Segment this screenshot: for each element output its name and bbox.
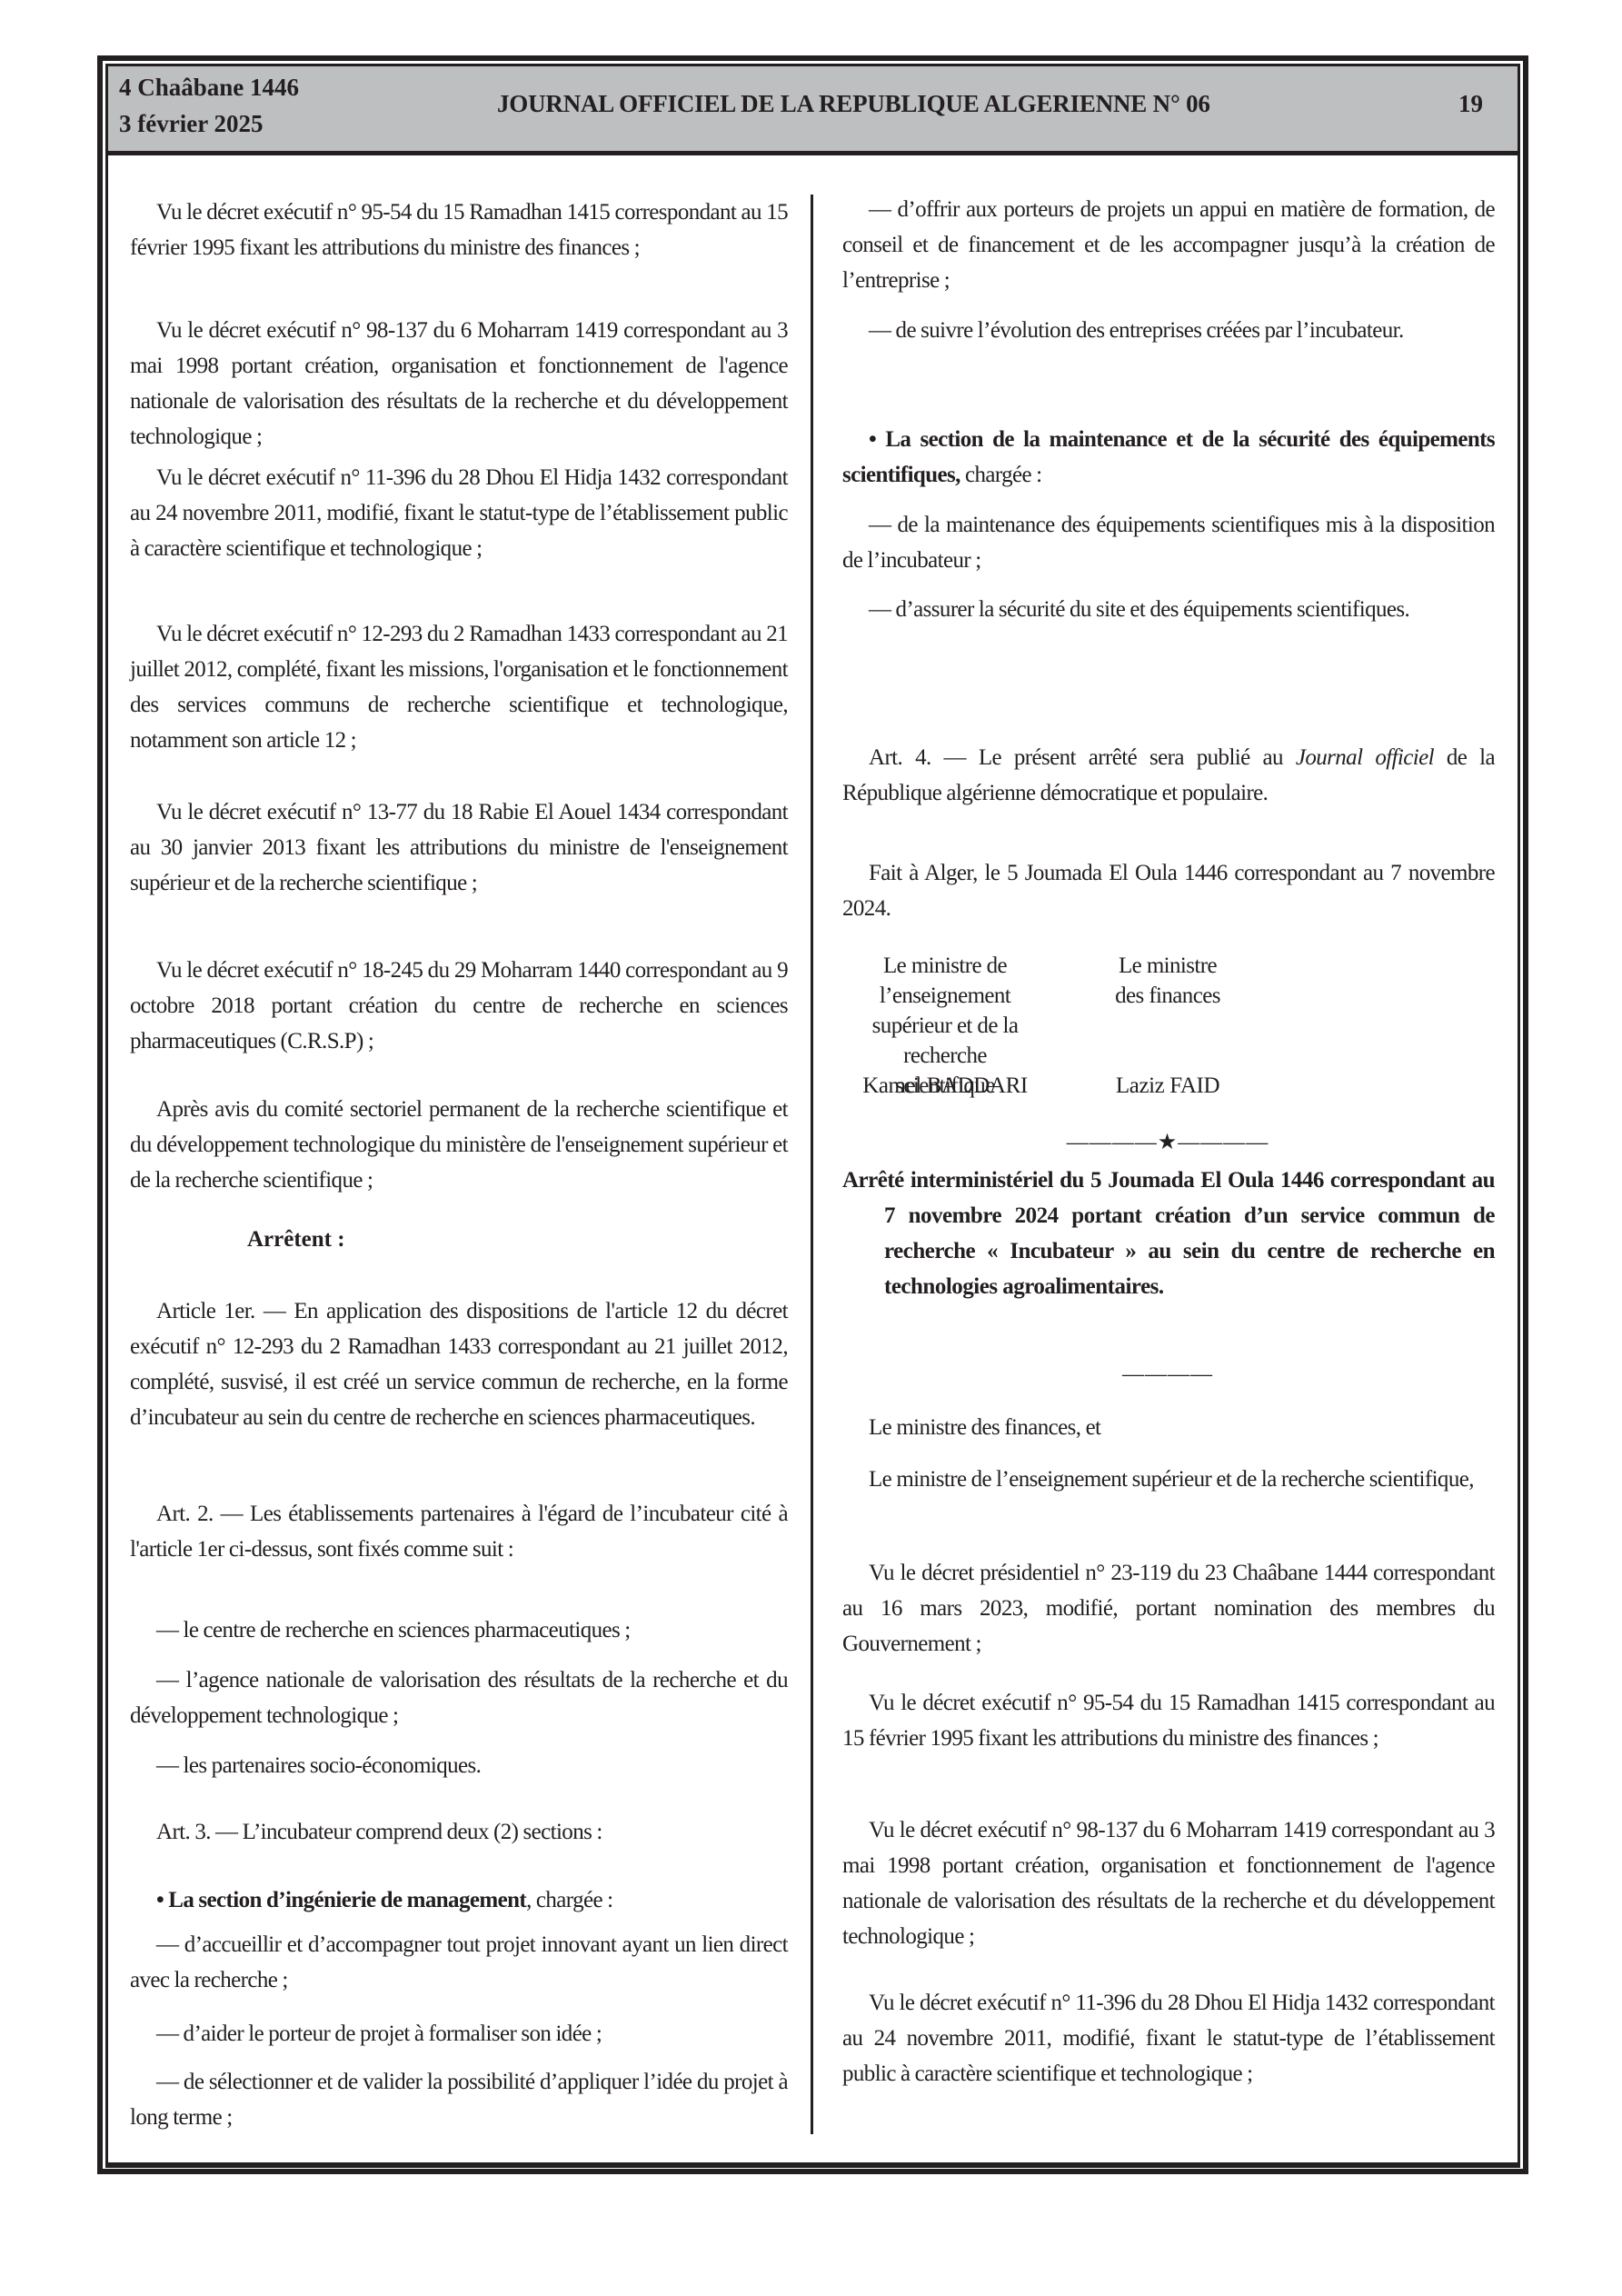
- journal-title: JOURNAL OFFICIEL DE LA REPUBLIQUE ALGERI…: [497, 88, 1210, 119]
- list-item: — de suivre l’évolution des entreprises …: [842, 313, 1495, 348]
- decree-title: Arrêté interministériel du 5 Joumada El …: [842, 1163, 1495, 1304]
- visa-paragraph: Vu le décret exécutif n° 98-137 du 6 Moh…: [130, 313, 788, 454]
- article-4: Art. 4. — Le présent arrêté sera publié …: [842, 740, 1495, 811]
- section-heading: • La section de la maintenance et de la …: [842, 422, 1495, 493]
- role-line: des finances: [1072, 981, 1263, 1011]
- signatory-role-right: Le ministre des finances: [1072, 951, 1263, 1011]
- list-item: — d’aider le porteur de projet à formali…: [130, 2016, 788, 2051]
- article-3: Art. 3. — L’incubateur comprend deux (2)…: [130, 1814, 788, 1850]
- section-title-rest: , chargée :: [526, 1888, 612, 1912]
- gregorian-date: 3 février 2025: [119, 110, 263, 137]
- list-item: — de la maintenance des équipements scie…: [842, 507, 1495, 578]
- column-divider: [811, 195, 813, 2134]
- list-item: — l’agence nationale de valorisation des…: [130, 1662, 788, 1733]
- star-separator-icon: ————★————: [1050, 1127, 1286, 1158]
- avis-paragraph: Après avis du comité sectoriel permanent…: [130, 1092, 788, 1198]
- role-line: Le ministre de l’enseignement: [836, 951, 1054, 1011]
- list-item: — d’assurer la sécurité du site et des é…: [842, 592, 1495, 627]
- arretent-heading: Arrêtent :: [247, 1222, 345, 1257]
- journal-header: 4 Chaâbane 1446 3 février 2025 JOURNAL O…: [108, 66, 1518, 155]
- hijri-date: 4 Chaâbane 1446: [119, 74, 299, 101]
- page-number: 19: [1458, 88, 1483, 119]
- visa-paragraph: Vu le décret exécutif n° 11-396 du 28 Dh…: [130, 460, 788, 566]
- list-item: — de sélectionner et de valider la possi…: [130, 2064, 788, 2135]
- section-title-bold: • La section d’ingénierie de management: [156, 1888, 526, 1912]
- section-heading: • La section d’ingénierie de management,…: [130, 1882, 788, 1918]
- fait-a-alger: Fait à Alger, le 5 Joumada El Oula 1446 …: [842, 855, 1495, 926]
- section-title-rest: chargée :: [960, 463, 1042, 487]
- article-4-text: Art. 4. — Le présent arrêté sera publié …: [869, 745, 1296, 770]
- visa-paragraph: Vu le décret exécutif n° 95-54 du 15 Ram…: [130, 195, 788, 265]
- list-item: — d’offrir aux porteurs de projets un ap…: [842, 192, 1495, 298]
- visa-paragraph: Vu le décret exécutif n° 98-137 du 6 Moh…: [842, 1812, 1495, 1954]
- preamble: Le ministre de l’enseignement supérieur …: [842, 1462, 1495, 1497]
- visa-paragraph: Vu le décret présidentiel n° 23-119 du 2…: [842, 1555, 1495, 1662]
- role-line: supérieur et de la recherche: [836, 1011, 1054, 1071]
- visa-paragraph: Vu le décret exécutif n° 11-396 du 28 Dh…: [842, 1985, 1495, 2091]
- list-item: — les partenaires socio-économiques.: [130, 1748, 788, 1783]
- journal-officiel-italic: Journal officiel: [1296, 745, 1434, 770]
- signatory-name-left: Kamel BADDARI: [836, 1071, 1054, 1101]
- visa-paragraph: Vu le décret exécutif n° 18-245 du 29 Mo…: [130, 953, 788, 1059]
- visa-paragraph: Vu le décret exécutif n° 12-293 du 2 Ram…: [130, 616, 788, 758]
- article-1: Article 1er. — En application des dispos…: [130, 1293, 788, 1435]
- signatory-name-right: Laziz FAID: [1072, 1071, 1263, 1101]
- list-item: — d’accueillir et d’accompagner tout pro…: [130, 1927, 788, 1998]
- dash-separator: ————: [1109, 1361, 1227, 1388]
- article-2: Art. 2. — Les établissements partenaires…: [130, 1496, 788, 1567]
- visa-paragraph: Vu le décret exécutif n° 13-77 du 18 Rab…: [130, 794, 788, 901]
- visa-paragraph: Vu le décret exécutif n° 95-54 du 15 Ram…: [842, 1685, 1495, 1756]
- list-item: — le centre de recherche en sciences pha…: [130, 1612, 788, 1648]
- section-title-bold: • La section de la maintenance et de la …: [842, 427, 1495, 487]
- preamble: Le ministre des finances, et: [842, 1410, 1495, 1445]
- role-line: Le ministre: [1072, 951, 1263, 981]
